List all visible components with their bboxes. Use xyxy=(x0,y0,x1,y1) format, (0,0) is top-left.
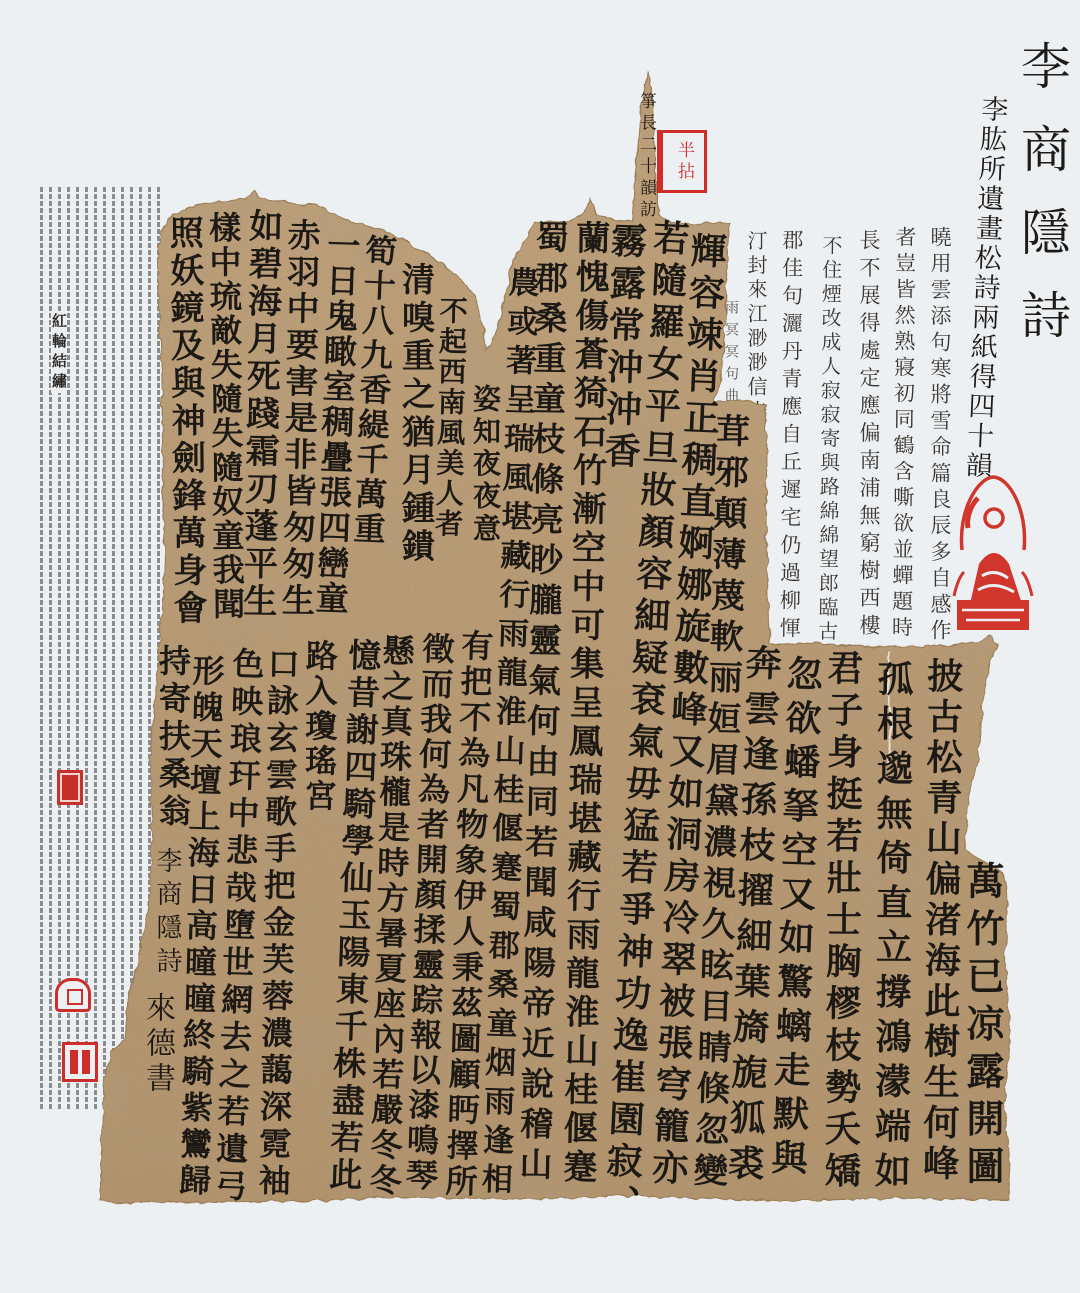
poem-column: 樣中琉敵失隨失隨奴童我聞 xyxy=(207,211,243,622)
poem-column: 清嗅重之猶月鍾鐀 xyxy=(400,262,433,567)
poem-column: 君子身挺若壯士胸樛枝勢夭矯 xyxy=(822,649,861,1194)
signature-poem-title: 李商隱詩 xyxy=(154,847,180,980)
poem-column: 路入瓊瑤宮 xyxy=(302,639,336,814)
poem-column: 不起西南風美人者 xyxy=(433,296,466,540)
signature-calligrapher: 來德書 xyxy=(142,992,172,1097)
poem-column: 萬竹已凉露開圖 xyxy=(963,861,1001,1194)
strip-fragment-text: 箏長二十韻訪 xyxy=(637,92,654,222)
poem-column: 姿知夜夜意 xyxy=(471,384,499,546)
poem-column: 孤根邈無倚直立撐鴻濛端如 xyxy=(872,660,911,1197)
seated-figure-seal-icon xyxy=(952,468,1034,634)
poem-column: 照妖鏡及與神劍鋒萬身會 xyxy=(166,215,204,628)
seal-text: 半拈 xyxy=(675,141,692,183)
seal-top-square: 半拈 xyxy=(657,130,707,193)
calligraphy-artwork: 紅輪結繡 李商隱詩 李肱所遺畫松詩兩紙得四十韻 曉用雲添句寒將雪命篇良辰多自感作… xyxy=(0,0,1080,1293)
poem-column: 持寄扶桑翁 xyxy=(157,644,189,832)
poem-column: 赤羽中要害是非皆匆匆生 xyxy=(280,218,319,620)
poem-column: 披古松青山偏渚海此樹生何峰 xyxy=(920,657,961,1185)
